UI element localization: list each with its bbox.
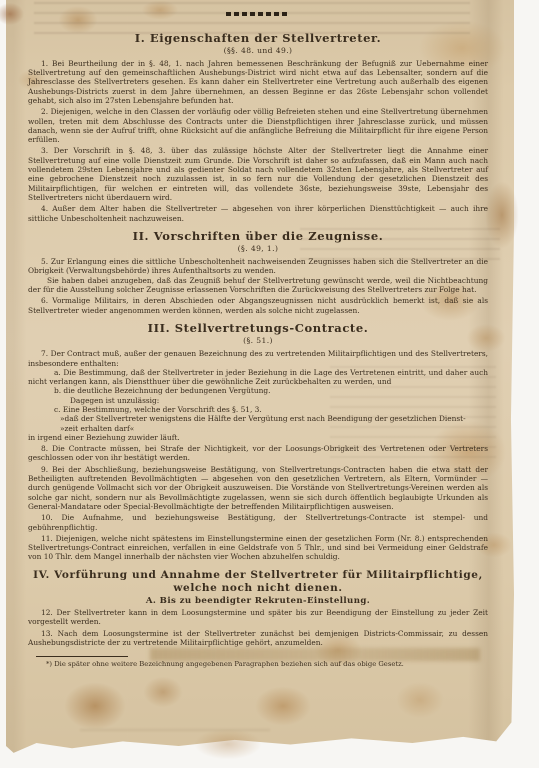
paragraph-8: 8. Die Contracte müssen, bei Strafe der … [28, 444, 488, 463]
paragraph-1: 1. Bei Beurtheilung der in §. 48, 1. nac… [28, 59, 488, 105]
paragraph-7-dagegen-line: Dagegen ist unzulässig: [28, 396, 488, 405]
paragraph-5-continued: Sie haben dabei anzugeben, daß das Zeugn… [28, 276, 488, 295]
header-ornament-rule [226, 12, 290, 16]
paragraph-7-quote-line-1: »daß der Stellvertreter wenigstens die H… [28, 414, 488, 423]
paragraph-5: 5. Zur Erlangung eines die sittliche Unb… [28, 257, 488, 276]
paragraph-7-item-a: a. Die Bestimmung, daß der Stellvertrete… [28, 368, 488, 387]
paragraph-3: 3. Der Vorschrift in §. 48, 3. über das … [28, 146, 488, 202]
paragraph-2: 2. Diejenigen, welche in den Classen der… [28, 107, 488, 144]
section-3-heading: III. Stellvertretungs-Contracte. [28, 322, 488, 335]
section-2-heading: II. Vorschriften über die Zeugnisse. [28, 230, 488, 243]
paragraph-10: 10. Die Aufnahme, und beziehungsweise Be… [28, 513, 488, 532]
paragraph-11: 11. Diejenigen, welche nicht spätestens … [28, 534, 488, 562]
section-1-paragraph-ref: (§§. 48. und 49.) [28, 46, 488, 55]
paragraph-7-closing-line: in irgend einer Beziehung zuwider läuft. [28, 433, 488, 442]
section-2-paragraph-ref: (§. 49, 1.) [28, 244, 488, 253]
section-4-heading-line-2: welche noch nicht dienen. [28, 582, 488, 594]
footnote-separator-rule [36, 656, 128, 657]
paragraph-12: 12. Der Stellvertreter kann in dem Loosu… [28, 608, 488, 627]
paragraph-7-quote-line-2: »zeit erhalten darf« [28, 424, 488, 433]
scanned-page-background: { "page": { "footnote": "*) Die später o… [0, 0, 539, 768]
paragraph-9: 9. Bei der Abschließung, beziehungsweise… [28, 465, 488, 511]
paragraph-13: 13. Nach dem Loosungstermine ist der Ste… [28, 629, 488, 648]
footnote-text: *) Die später ohne weitere Bezeichnung a… [28, 660, 488, 669]
paragraph-7-item-c: c. Eine Bestimmung, welche der Vorschrif… [28, 405, 488, 414]
section-4-subheading-a: A. Bis zu beendigter Rekruten-Einstellun… [28, 597, 488, 606]
section-4-heading-line-1: IV. Vorführung und Annahme der Stellvert… [28, 569, 488, 581]
section-1-heading: I. Eigenschaften der Stellvertreter. [28, 32, 488, 45]
section-3-paragraph-ref: (§. 51.) [28, 336, 488, 345]
printed-text-block: I. Eigenschaften der Stellvertreter. (§§… [6, 0, 514, 671]
paragraph-6: 6. Vormalige Militairs, in deren Abschie… [28, 296, 488, 315]
paragraph-7-item-b: b. die deutliche Bezeichnung der bedunge… [28, 386, 488, 395]
paragraph-7: 7. Der Contract muß, außer der genauen B… [28, 349, 488, 368]
paragraph-4: 4. Außer dem Alter haben die Stellvertre… [28, 204, 488, 223]
